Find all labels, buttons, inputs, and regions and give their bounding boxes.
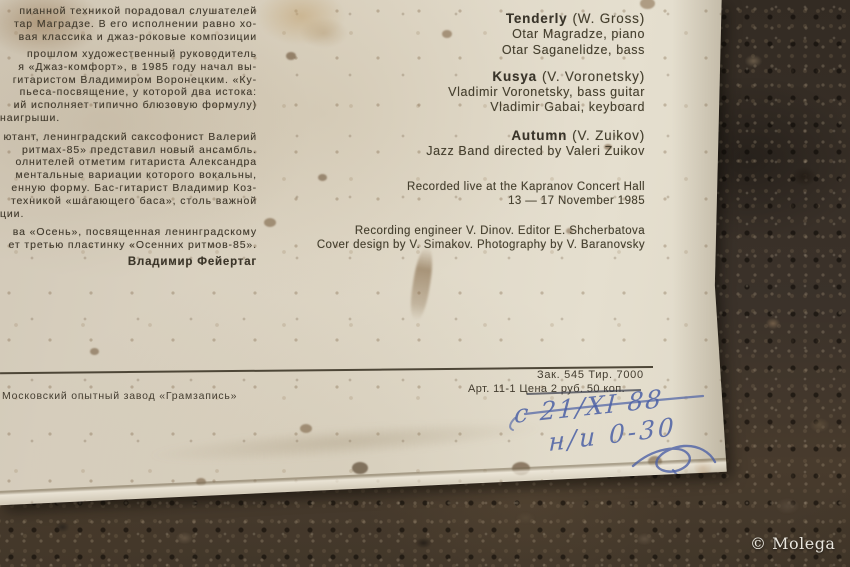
ru-line: тар Маградзе. В его исполнении равно хо-: [0, 18, 257, 31]
ru-line: ритмах-85» представил новый ансамбль.: [0, 144, 257, 157]
performer-line: Vladimir Voronetsky, bass guitar: [317, 85, 645, 101]
ru-line: ции.: [0, 208, 257, 221]
ru-line: ва «Осень», посвященная ленинградскому: [0, 226, 257, 239]
ru-line: олнителей отметим гитариста Александра: [0, 156, 257, 169]
photo-scene: пианной техникой порадовал слушателей та…: [0, 0, 850, 567]
ru-line: пианной техникой порадовал слушателей: [0, 5, 257, 18]
ru-line: ет третью пластинку «Осенних ритмов-85».: [0, 239, 257, 252]
ru-line: техникой «шагающего баса», столь важной: [0, 195, 257, 208]
stain: [286, 52, 296, 60]
ru-line: ютант, ленинградский саксофонист Валерий: [0, 131, 257, 144]
edge-shading: [672, 0, 730, 485]
ru-line: вая классика и джаз-роковые композиции: [0, 31, 257, 44]
track-composer: (W. Gross): [573, 11, 646, 26]
recording-note: Recorded live at the Kapranov Concert Ha…: [317, 180, 645, 194]
record-sleeve-back-cover: пианной техникой порадовал слушателей та…: [0, 0, 850, 567]
track-composer: (V. Zuikov): [572, 128, 645, 143]
ru-line: прошлом художественный руководитель: [0, 48, 257, 61]
performer-line: Jazz Band directed by Valeri Zuikov: [317, 144, 645, 160]
record-sleeve-wrap: пианной техникой порадовал слушателей та…: [0, 0, 850, 567]
ru-line: пьеса-посвящение, у которой два истока:: [0, 86, 257, 99]
performer-line: Vladimir Gabai, keyboard: [317, 100, 645, 116]
ru-line: наигрыши.: [0, 112, 257, 125]
staff-credit: Cover design by V. Simakov. Photography …: [317, 238, 645, 252]
stain: [264, 218, 276, 227]
stain: [90, 348, 99, 355]
bottom-edge-bevel: [0, 457, 741, 504]
track-title-line: Autumn(V. Zuikov): [317, 127, 645, 144]
smudge-band: [149, 414, 540, 469]
track-title: Autumn: [511, 128, 567, 143]
stain-streak: [407, 246, 435, 322]
photographer-watermark: © Molega: [750, 534, 835, 553]
track-title-line: Kusya(V. Voronetsky): [317, 68, 645, 85]
recording-date: 13 — 17 November 1985: [317, 194, 645, 208]
stain: [300, 424, 312, 433]
author-signature: Владимир Фейертаг: [0, 256, 257, 269]
ru-line: енную форму. Бас-гитарист Владимир Коз-: [0, 182, 257, 195]
print-order-number: Зак. 545 Тир. 7000: [537, 369, 644, 381]
ru-line: гитаристом Владимиром Воронецким. «Ку-: [0, 74, 257, 87]
performer-line: Otar Magradze, piano: [317, 27, 645, 43]
ru-line: ий исполняет типично блюзовую формулу): [0, 99, 257, 112]
english-credits: Tenderly(W. Gross) Otar Magradze, piano …: [317, 10, 645, 252]
performer-line: Otar Saganelidze, bass: [317, 43, 645, 59]
track-title-line: Tenderly(W. Gross): [317, 10, 645, 27]
factory-imprint: Московский опытный завод «Грамзапись»: [2, 390, 237, 402]
ru-line: я «Джаз-комфорт», в 1985 году начал вы-: [0, 61, 257, 74]
stain: [352, 462, 368, 474]
russian-liner-notes: пианной техникой порадовал слушателей та…: [0, 5, 257, 269]
stain: [640, 0, 655, 9]
track-composer: (V. Voronetsky): [542, 69, 645, 84]
track-title: Tenderly: [506, 11, 568, 26]
staff-credit: Recording engineer V. Dinov. Editor E. S…: [317, 224, 645, 238]
handwritten-note: н/и 0-30: [548, 412, 677, 457]
track-title: Kusya: [492, 69, 537, 84]
ru-line: ментальные вариации которого вокальны,: [0, 169, 257, 182]
